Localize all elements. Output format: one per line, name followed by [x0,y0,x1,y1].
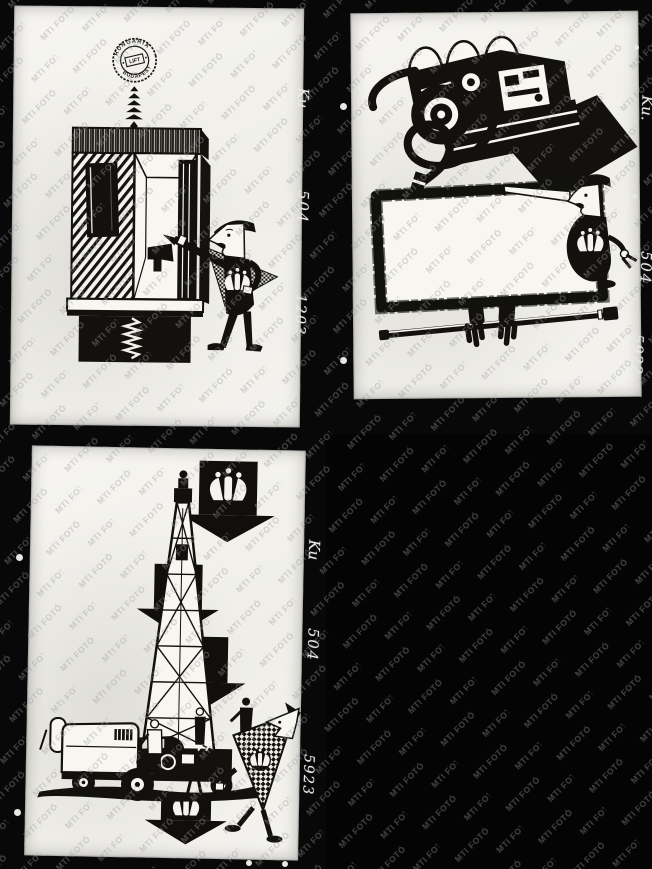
edge-marking: 504 [293,190,310,224]
chevron-column [125,86,143,130]
edge-marking: 1203 [291,294,308,336]
edge-marking: Ku [294,87,313,108]
edge-marking: 504 [636,251,652,285]
sprocket-hole [340,103,347,110]
edge-marking: Ku. [638,95,652,121]
sprocket-hole [14,809,21,816]
edge-marking: 5922 [628,334,645,376]
film-frame-rig: Ku 504 5923 [0,434,326,869]
sprocket-hole [246,860,252,866]
pump-illustration [350,11,641,399]
sprocket-hole [16,554,23,561]
film-frame-pump: Ku. 504 5922 [326,0,652,434]
hungaria-lift-stamp: HUNGARIA BUDAPEST LIFT [109,34,161,86]
edge-marking: 504 [303,628,320,662]
photo-paper-lift: HUNGARIA BUDAPEST LIFT [10,5,304,427]
stamp-arc-bottom: BUDAPEST [120,63,155,83]
film-blank-area [326,434,652,869]
edge-marking: Ku [305,539,324,560]
sprocket-hole [282,861,288,867]
rig-illustration [24,445,306,860]
contact-sheet: HUNGARIA BUDAPEST LIFT [0,0,652,869]
sprocket-hole [634,45,639,50]
lift-illustration: HUNGARIA BUDAPEST LIFT [10,5,304,427]
photo-paper-pump [350,11,641,399]
sprocket-hole [340,357,347,364]
sprocket-hole [632,194,637,199]
film-frame-lift: HUNGARIA BUDAPEST LIFT [0,0,326,434]
edge-marking: 5923 [299,754,316,796]
svg-text:BUDAPEST: BUDAPEST [120,63,155,83]
photo-paper-rig [24,445,306,860]
